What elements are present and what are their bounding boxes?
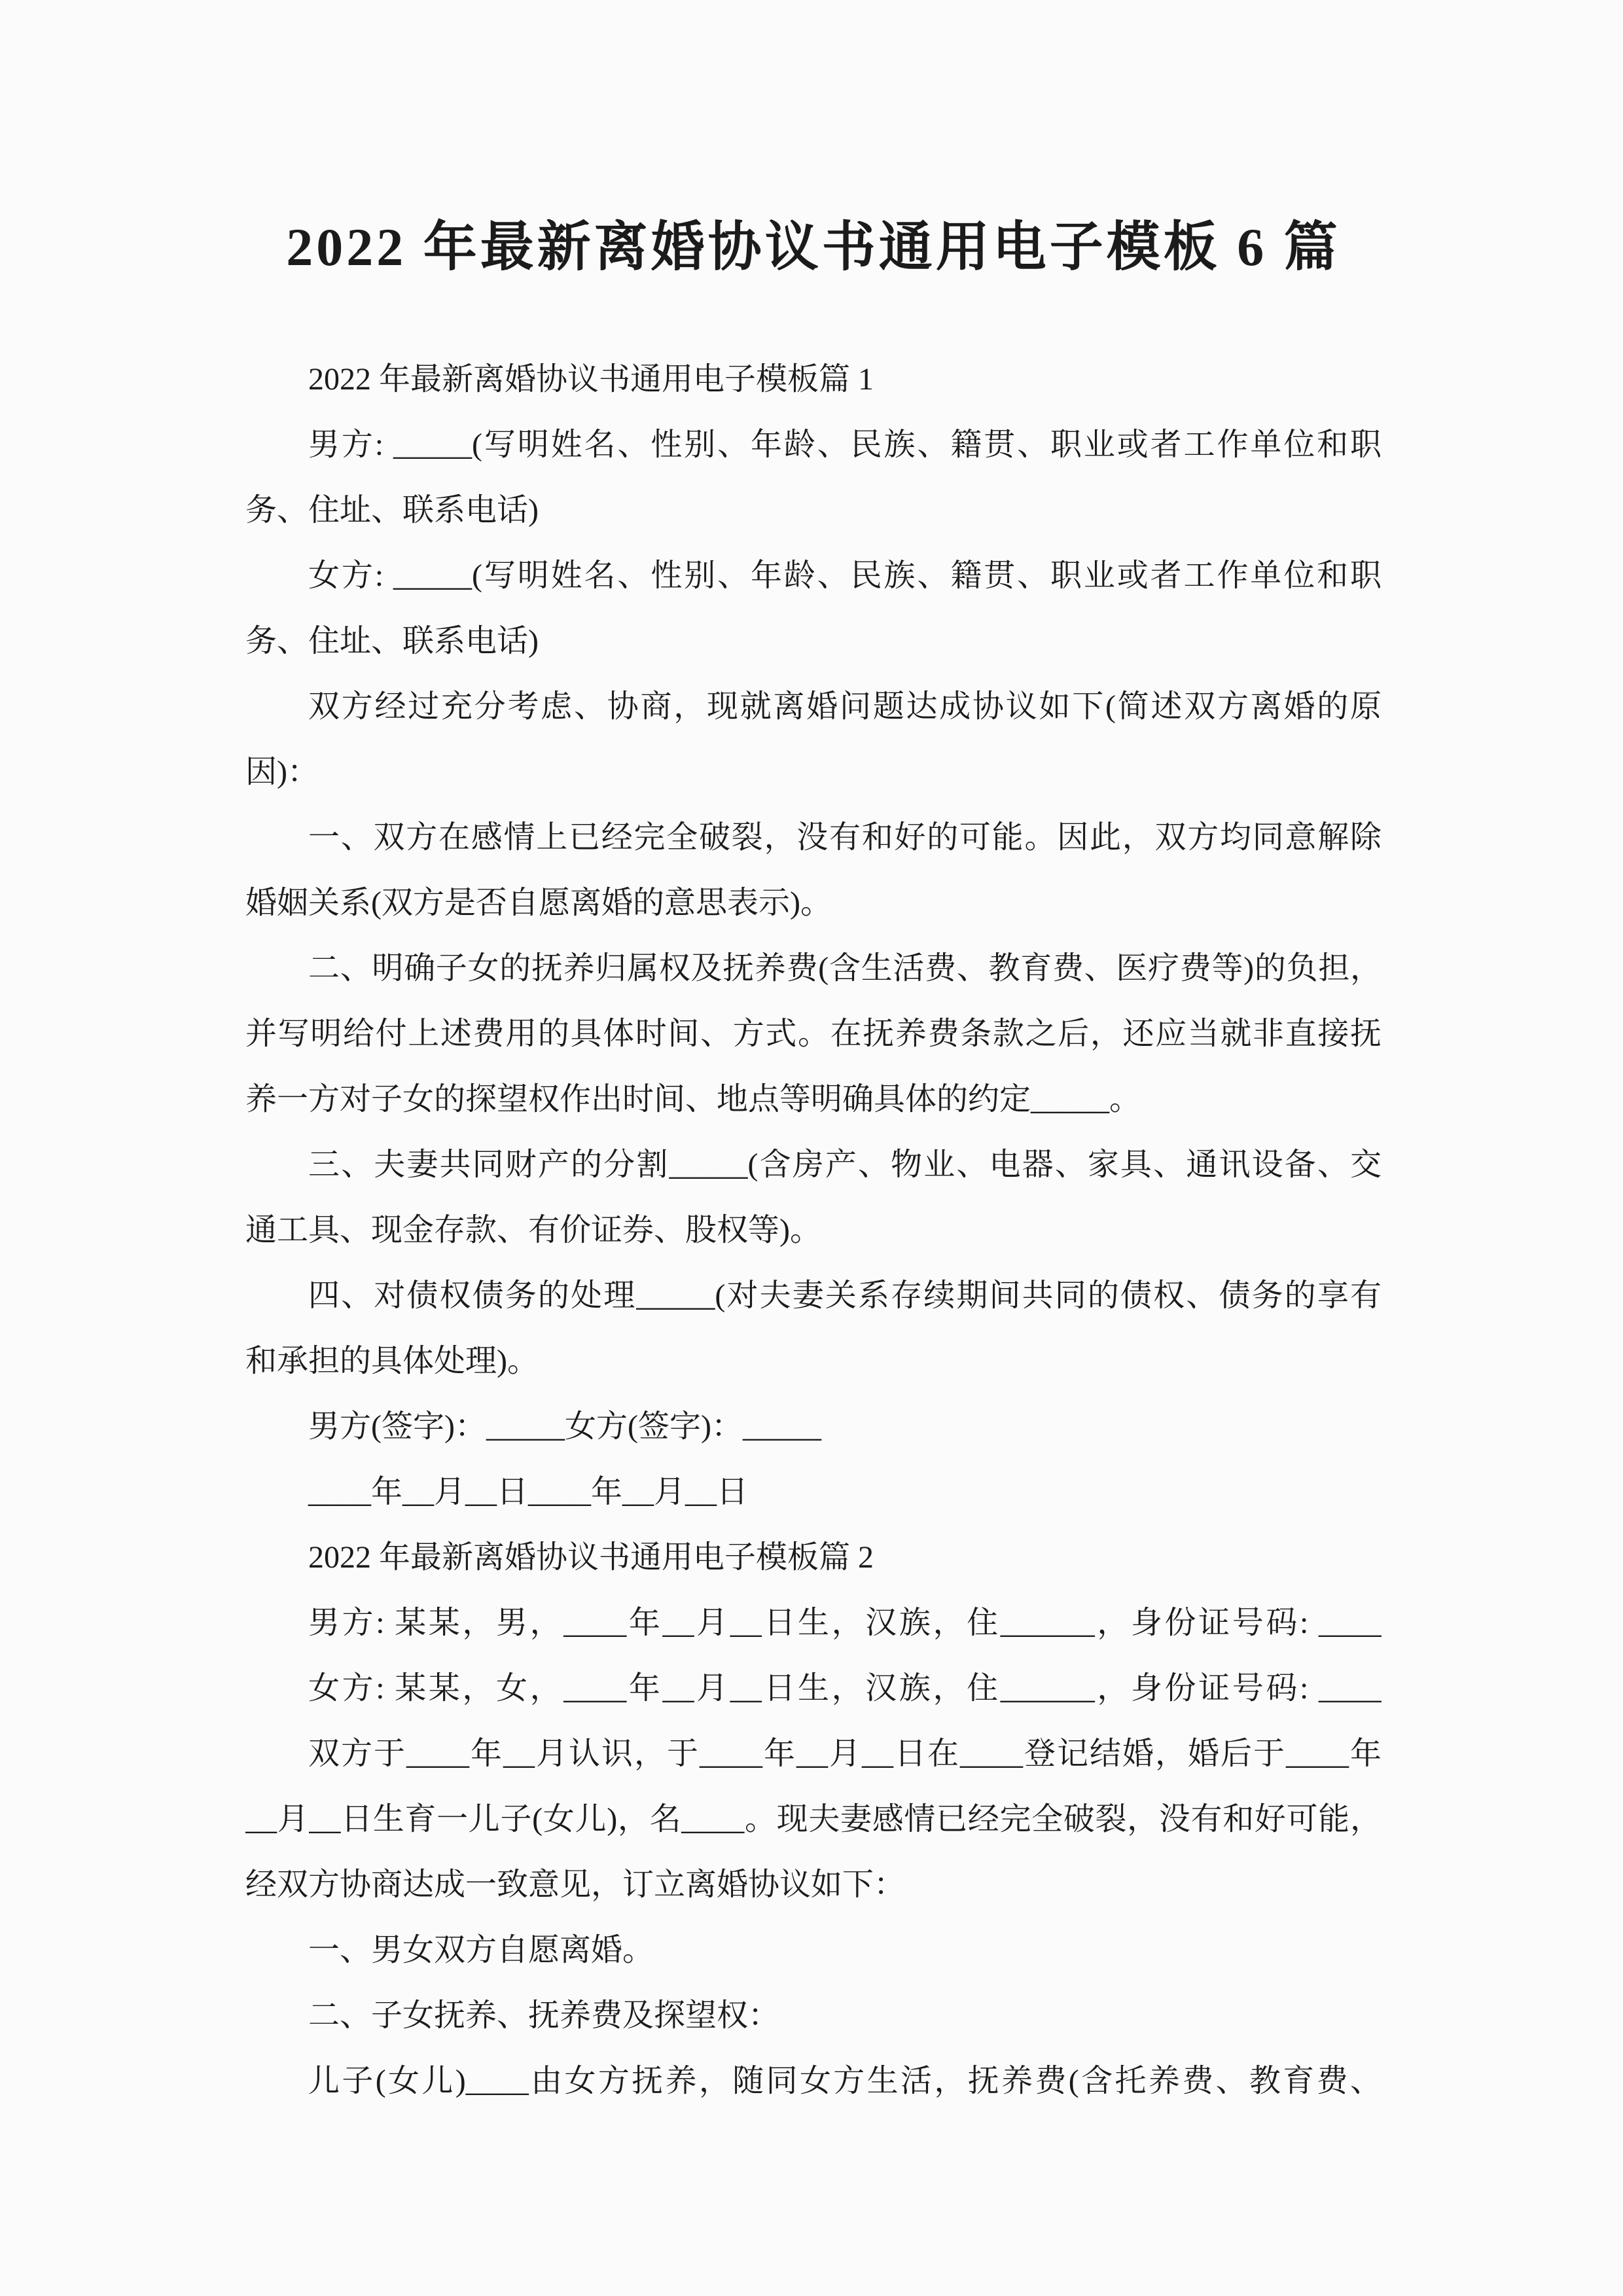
document-line: __月__日生育一儿子(女儿)，名____。现夫妻感情已经完全破裂，没有和好可能…	[245, 1787, 1382, 1852]
document-line: 2022 年最新离婚协议书通用电子模板篇 2	[245, 1525, 1382, 1590]
document-line: 二、子女抚养、抚养费及探望权：	[245, 1983, 1382, 2049]
document-line: 务、住址、联系电话)	[245, 609, 1382, 674]
document-line: 婚姻关系(双方是否自愿离婚的意思表示)。	[245, 870, 1382, 936]
document-title: 2022 年最新离婚协议书通用电子模板 6 篇	[245, 205, 1382, 290]
document-line: 养一方对子女的探望权作出时间、地点等明确具体的约定_____。	[245, 1067, 1382, 1132]
document-line: 双方经过充分考虑、协商，现就离婚问题达成协议如下(简述双方离婚的原	[245, 674, 1382, 740]
document-line: 2022 年最新离婚协议书通用电子模板篇 1	[245, 347, 1382, 412]
document-line: 女方: 某某，女，____年__月__日生，汉族，住______，身份证号码: …	[245, 1656, 1382, 1721]
document-line: 双方于____年__月认识，于____年__月__日在____登记结婚，婚后于_…	[245, 1721, 1382, 1787]
document-line: 和承担的具体处理)。	[245, 1329, 1382, 1394]
document-line: 一、双方在感情上已经完全破裂，没有和好的可能。因此，双方均同意解除	[245, 805, 1382, 870]
document-line: 男方: _____(写明姓名、性别、年龄、民族、籍贯、职业或者工作单位和职	[245, 412, 1382, 478]
document-line: ____年__月__日____年__月__日	[245, 1460, 1382, 1525]
document-line: 男方(签字)：_____女方(签字)：_____	[245, 1394, 1382, 1460]
document-line: 经双方协商达成一致意见，订立离婚协议如下：	[245, 1852, 1382, 1918]
document-line: 儿子(女儿)____由女方抚养，随同女方生活，抚养费(含托养费、教育费、	[245, 2049, 1382, 2114]
document-line: 女方: _____(写明姓名、性别、年龄、民族、籍贯、职业或者工作单位和职	[245, 543, 1382, 609]
document-line: 因)：	[245, 740, 1382, 805]
document-line: 二、明确子女的抚养归属权及抚养费(含生活费、教育费、医疗费等)的负担，	[245, 936, 1382, 1001]
document-line: 并写明给付上述费用的具体时间、方式。在抚养费条款之后，还应当就非直接抚	[245, 1001, 1382, 1067]
document-line: 务、住址、联系电话)	[245, 478, 1382, 543]
document-page: 2022 年最新离婚协议书通用电子模板 6 篇 2022 年最新离婚协议书通用电…	[0, 0, 1623, 2296]
document-line: 男方: 某某，男，____年__月__日生，汉族，住______，身份证号码: …	[245, 1590, 1382, 1656]
document-line: 三、夫妻共同财产的分割_____(含房产、物业、电器、家具、通讯设备、交	[245, 1132, 1382, 1198]
document-line: 一、男女双方自愿离婚。	[245, 1918, 1382, 1983]
document-body: 2022 年最新离婚协议书通用电子模板篇 1男方: _____(写明姓名、性别、…	[245, 347, 1382, 2114]
document-line: 通工具、现金存款、有价证券、股权等)。	[245, 1198, 1382, 1263]
document-line: 四、对债权债务的处理_____(对夫妻关系存续期间共同的债权、债务的享有	[245, 1263, 1382, 1329]
